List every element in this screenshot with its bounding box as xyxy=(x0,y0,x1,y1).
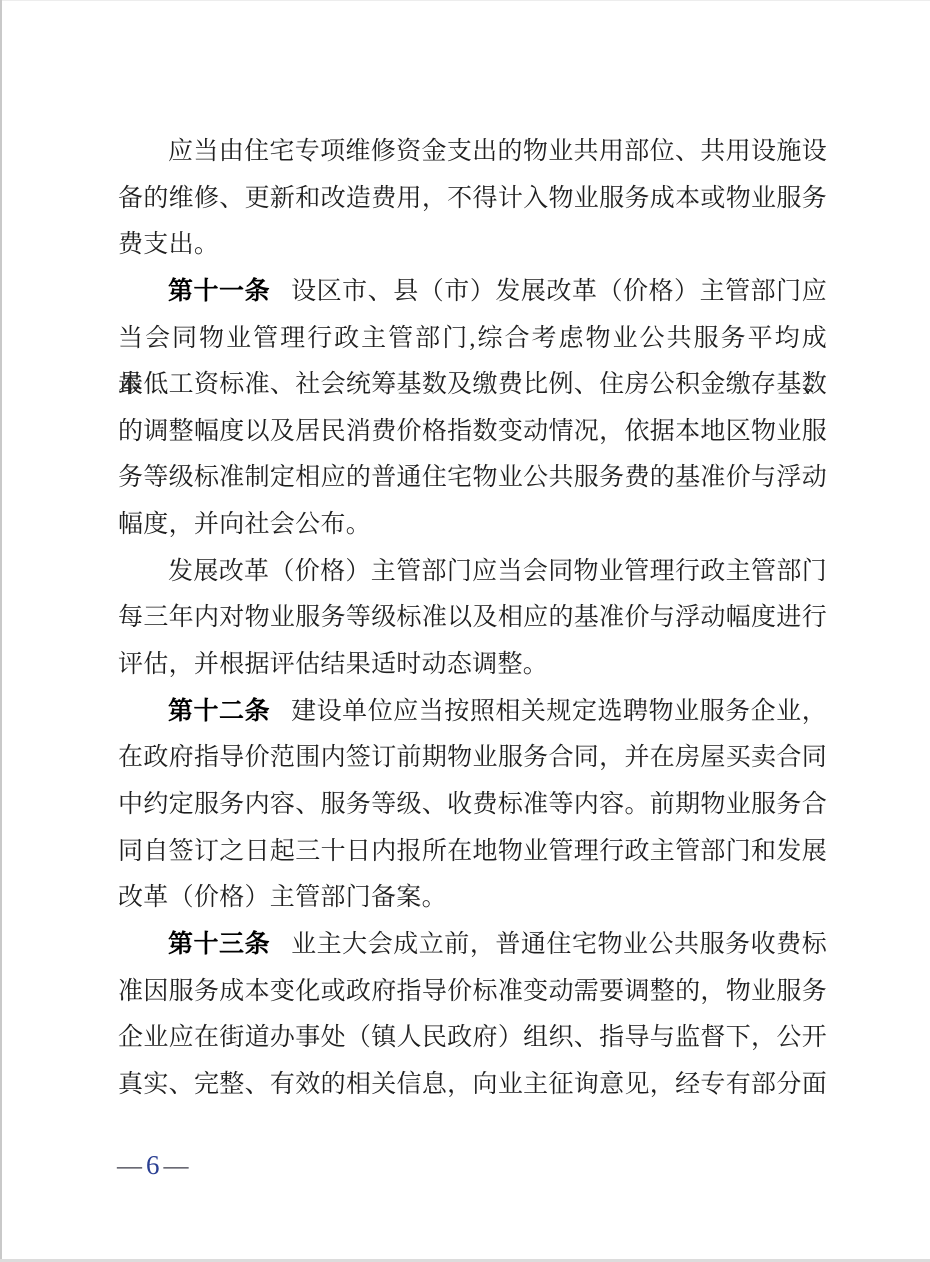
text-line: 真实、完整、有效的相关信息，向业主征询意见，经专有部分面 xyxy=(118,1062,827,1109)
text-line: 务等级标准制定相应的普通住宅物业公共服务费的基准价与浮动 xyxy=(118,455,827,502)
text-line: 在政府指导价范围内签订前期物业服务合同，并在房屋买卖合同 xyxy=(118,735,827,782)
paragraph-article-12: 第十二条建设单位应当按照相关规定选聘物业服务企业， 在政府指导价范围内签订前期物… xyxy=(118,689,827,922)
page-number-value: 6 xyxy=(143,1150,164,1180)
page-number-dash-right: — xyxy=(164,1153,190,1180)
scan-edge-top xyxy=(0,0,930,1)
document-page: 应当由住宅专项维修资金支出的物业共用部位、共用设施设 备的维修、更新和改造费用，… xyxy=(0,0,930,1262)
text-line: 最低工资标准、社会统筹基数及缴费比例、住房公积金缴存基数 xyxy=(118,362,827,409)
text-line: 第十二条建设单位应当按照相关规定选聘物业服务企业， xyxy=(118,689,827,736)
text-line: 费支出。 xyxy=(118,222,827,269)
text-line: 第十三条业主大会成立前，普通住宅物业公共服务收费标 xyxy=(118,922,827,969)
text-line: 企业应在街道办事处（镇人民政府）组织、指导与监督下，公开 xyxy=(118,1015,827,1062)
paragraph-article-11: 第十一条设区市、县（市）发展改革（价格）主管部门应 当会同物业管理行政主管部门,… xyxy=(118,269,827,549)
text-line: 发展改革（价格）主管部门应当会同物业管理行政主管部门 xyxy=(118,549,827,596)
document-body: 应当由住宅专项维修资金支出的物业共用部位、共用设施设 备的维修、更新和改造费用，… xyxy=(118,129,827,1108)
line-text: 建设单位应当按照相关规定选聘物业服务企业， xyxy=(291,698,827,725)
line-text: 应当由住宅专项维修资金支出的物业共用部位、共用设施设 xyxy=(168,138,827,165)
text-line: 同自签订之日起三十日内报所在地物业管理行政主管部门和发展 xyxy=(118,829,827,876)
page-number-dash-left: — xyxy=(117,1153,143,1180)
line-text: 设区市、县（市）发展改革（价格）主管部门应 xyxy=(291,278,827,305)
article-number: 第十三条 xyxy=(168,931,270,958)
text-line: 当会同物业管理行政主管部门,综合考虑物业公共服务平均成本、 xyxy=(118,316,827,363)
article-number: 第十一条 xyxy=(168,278,270,305)
scan-edge-left xyxy=(0,0,2,1262)
text-line: 幅度，并向社会公布。 xyxy=(118,502,827,549)
text-line: 改革（价格）主管部门备案。 xyxy=(118,875,827,922)
line-text: 发展改革（价格）主管部门应当会同物业管理行政主管部门 xyxy=(168,558,827,585)
text-line: 应当由住宅专项维修资金支出的物业共用部位、共用设施设 xyxy=(118,129,827,176)
text-line: 准因服务成本变化或政府指导价标准变动需要调整的，物业服务 xyxy=(118,969,827,1016)
text-line: 评估，并根据评估结果适时动态调整。 xyxy=(118,642,827,689)
text-line: 备的维修、更新和改造费用，不得计入物业服务成本或物业服务 xyxy=(118,176,827,223)
article-number: 第十二条 xyxy=(168,698,270,725)
text-line: 的调整幅度以及居民消费价格指数变动情况，依据本地区物业服 xyxy=(118,409,827,456)
page-number: —6— xyxy=(117,1150,190,1181)
paragraph: 发展改革（价格）主管部门应当会同物业管理行政主管部门 每三年内对物业服务等级标准… xyxy=(118,549,827,689)
text-line: 每三年内对物业服务等级标准以及相应的基准价与浮动幅度进行 xyxy=(118,595,827,642)
line-text: 业主大会成立前，普通住宅物业公共服务收费标 xyxy=(291,931,827,958)
text-line: 中约定服务内容、服务等级、收费标准等内容。前期物业服务合 xyxy=(118,782,827,829)
text-line: 第十一条设区市、县（市）发展改革（价格）主管部门应 xyxy=(118,269,827,316)
paragraph-article-13: 第十三条业主大会成立前，普通住宅物业公共服务收费标 准因服务成本变化或政府指导价… xyxy=(118,922,827,1109)
paragraph: 应当由住宅专项维修资金支出的物业共用部位、共用设施设 备的维修、更新和改造费用，… xyxy=(118,129,827,269)
